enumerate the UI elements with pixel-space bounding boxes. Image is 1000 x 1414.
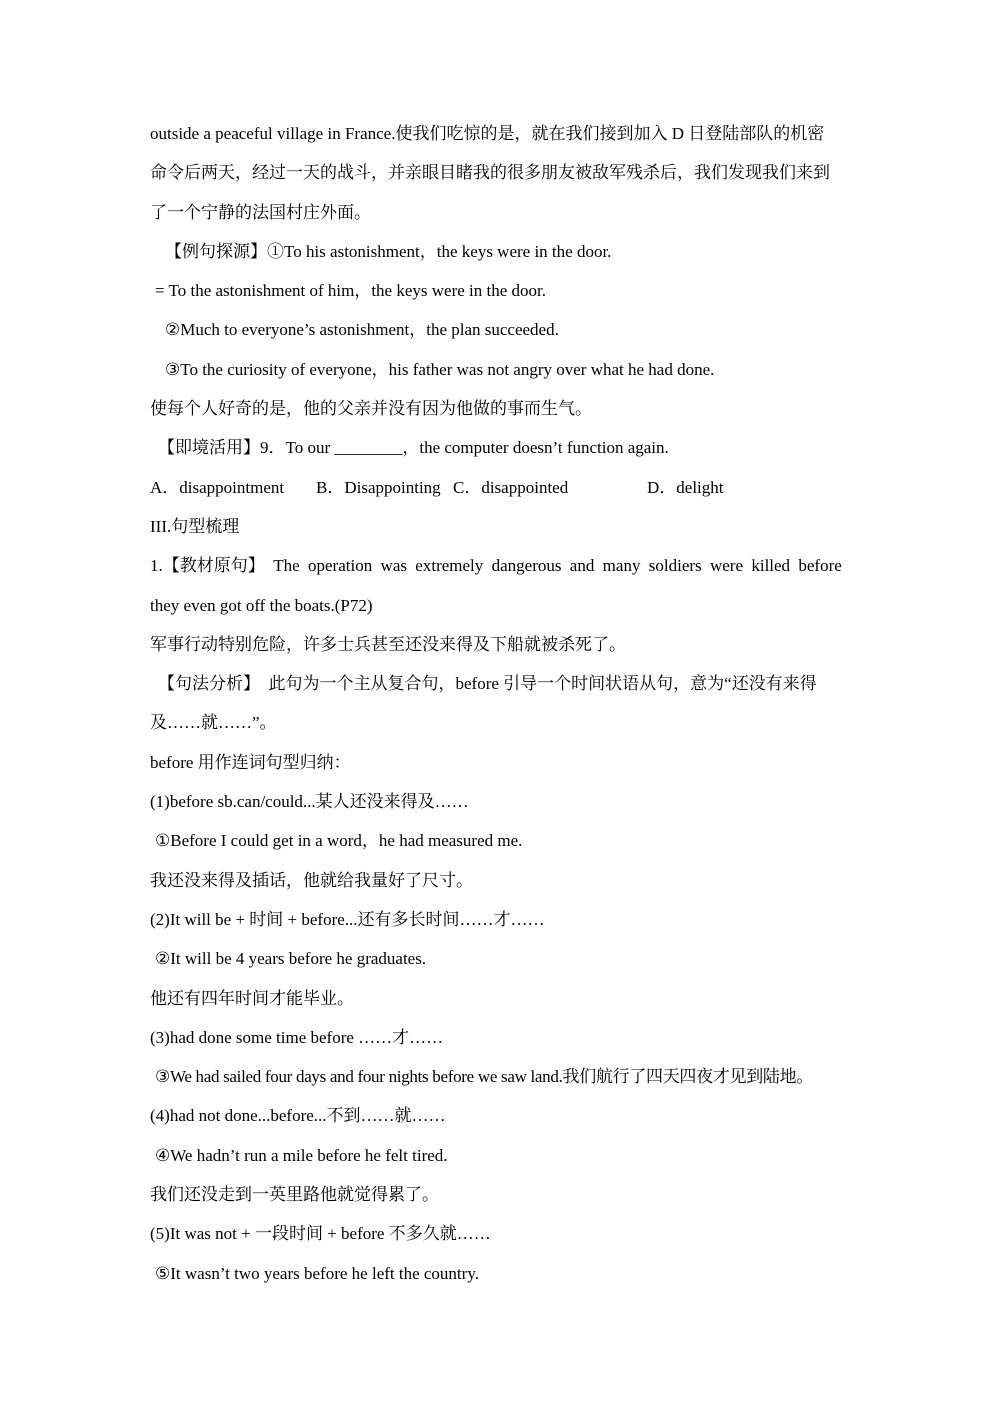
document-content: outside a peaceful village in France.使我们… xyxy=(150,114,850,1293)
example-paraphrase-line: = To the astonishment of him，the keys we… xyxy=(150,271,850,310)
document-page: outside a peaceful village in France.使我们… xyxy=(0,0,1000,1414)
example-source-header-line: 【例句探源】①To his astonishment，the keys were… xyxy=(150,232,850,271)
example-sentence-line: ③To the curiosity of everyone，his father… xyxy=(150,350,850,389)
pattern-example-line: ⑤It wasn’t two years before he left the … xyxy=(150,1254,850,1293)
section-heading: III.句型梳理 xyxy=(150,507,850,546)
pattern-example-line: ②It will be 4 years before he graduates. xyxy=(150,939,850,978)
pattern-rule-line: (2)It will be + 时间 + before...还有多长时间……才…… xyxy=(150,900,850,939)
textbook-sentence-line: 1.【教材原句】 The operation was extremely dan… xyxy=(150,546,850,585)
option-c: C．disappointed xyxy=(453,468,568,507)
pattern-example-translation-line: 我们还没走到一英里路他就觉得累了。 xyxy=(150,1175,850,1214)
example-translation-line: 使每个人好奇的是，他的父亲并没有因为他做的事而生气。 xyxy=(150,389,850,428)
pattern-example-line: ③We had sailed four days and four nights… xyxy=(150,1057,850,1096)
pattern-summary-heading: before 用作连词句型归纳： xyxy=(150,743,850,782)
pattern-rule-line: (4)had not done...before...不到……就…… xyxy=(150,1096,850,1135)
answer-options-row: A．disappointment B．Disappointing C．disap… xyxy=(150,468,850,507)
passage-translation-line: 了一个宁静的法国村庄外面。 xyxy=(150,193,850,232)
passage-translation-line: outside a peaceful village in France.使我们… xyxy=(150,114,850,153)
syntax-analysis-line: 【句法分析】 此句为一个主从复合句，before 引导一个时间状语从句，意为“还… xyxy=(150,664,850,703)
exercise-question-line: 【即境活用】9．To our ________，the computer doe… xyxy=(150,428,850,467)
passage-translation-line: 命令后两天，经过一天的战斗，并亲眼目睹我的很多朋友被敌军残杀后，我们发现我们来到 xyxy=(150,153,850,192)
option-b: B．Disappointing xyxy=(316,468,441,507)
example-sentence-line: ②Much to everyone’s astonishment，the pla… xyxy=(150,310,850,349)
syntax-analysis-continuation: 及……就……”。 xyxy=(150,703,850,742)
pattern-example-translation-line: 他还有四年时间才能毕业。 xyxy=(150,979,850,1018)
option-a: A．disappointment xyxy=(150,468,284,507)
pattern-rule-line: (1)before sb.can/could...某人还没来得及…… xyxy=(150,782,850,821)
option-d: D．delight xyxy=(647,468,724,507)
pattern-example-line: ④We hadn’t run a mile before he felt tir… xyxy=(150,1136,850,1175)
textbook-sentence-continuation: they even got off the boats.(P72) xyxy=(150,586,850,625)
pattern-example-translation-line: 我还没来得及插话，他就给我量好了尺寸。 xyxy=(150,861,850,900)
pattern-rule-line: (5)It was not + 一段时间 + before 不多久就…… xyxy=(150,1214,850,1253)
pattern-rule-line: (3)had done some time before ……才…… xyxy=(150,1018,850,1057)
sentence-translation-line: 军事行动特别危险，许多士兵甚至还没来得及下船就被杀死了。 xyxy=(150,625,850,664)
pattern-example-line: ①Before I could get in a word，he had mea… xyxy=(150,821,850,860)
